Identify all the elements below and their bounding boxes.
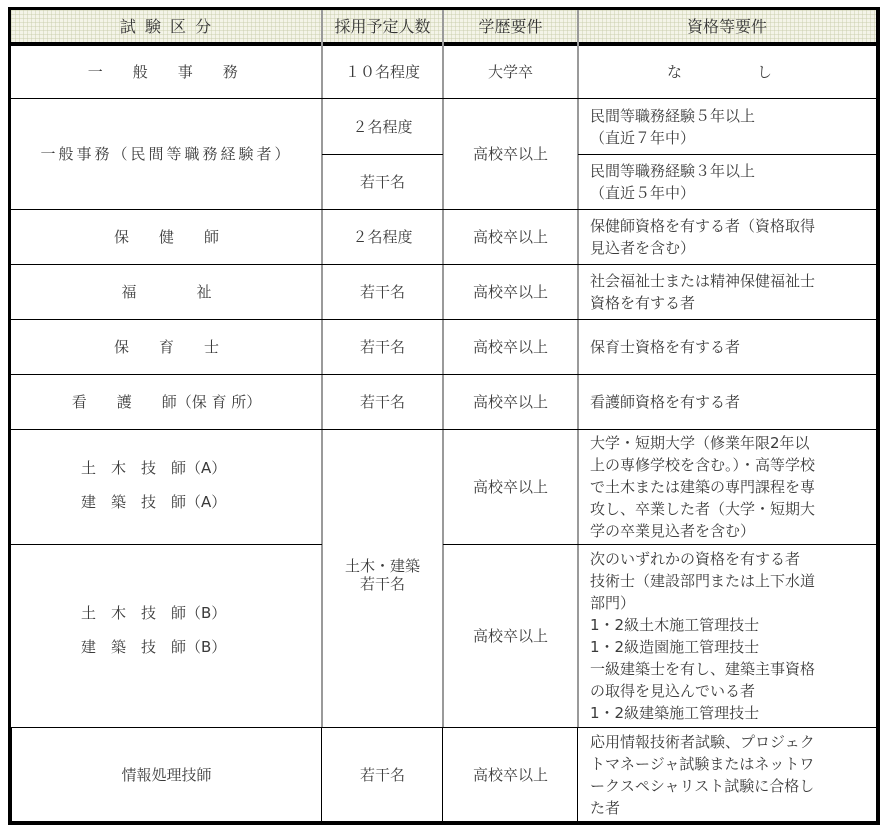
- recruitment-table: 試 験 区 分 採用予定人数 学歴要件 資格等要件 一 般 事 務 １０名程度 …: [0, 0, 885, 826]
- requirement-line: 民間等職務経験５年以上: [590, 105, 755, 127]
- row-nurse-requirements: 看護師資格を有する者: [578, 374, 876, 429]
- row-divider: [11, 429, 877, 430]
- requirement-line: 見込者を含む）: [590, 237, 815, 259]
- row-experienced-education: 高校卒以上: [443, 99, 578, 209]
- category-label: 一 般 事 務: [88, 61, 246, 83]
- row-experienced-count-b: 若干名: [322, 154, 443, 209]
- count-label: 若干名: [360, 171, 405, 193]
- row-welfare-requirements: 社会福祉士または精神保健福祉士資格を有する者: [578, 264, 876, 319]
- row-divider: [578, 154, 876, 155]
- row-nurse-education: 高校卒以上: [443, 374, 578, 429]
- requirement-line: （直近７年中）: [590, 127, 755, 149]
- border-header-bottom: [8, 42, 880, 46]
- row-engineer-count-merged: 土木・建築若干名: [322, 429, 443, 727]
- requirement-line: 部門）: [590, 592, 815, 614]
- count-label: 若干名: [360, 575, 405, 593]
- row-public-health-nurse-education: 高校卒以上: [443, 209, 578, 264]
- header-label: 資格等要件: [687, 16, 767, 38]
- row-welfare-education: 高校卒以上: [443, 264, 578, 319]
- requirement-line: 上の専修学校を含む。）・高等学校: [590, 454, 815, 476]
- education-label: 高校卒以上: [473, 281, 548, 303]
- row-engineer-a-education: 高校卒以上: [443, 429, 578, 544]
- requirement-line: 1・2級建築施工管理技士: [590, 702, 815, 724]
- requirement-line: ークスペシャリスト試験に合格し: [590, 775, 815, 797]
- col-divider-3: [577, 10, 579, 727]
- requirement-line: 攻し、卒業した者（大学・短期大: [590, 498, 815, 520]
- category-label: 情報処理技師: [121, 764, 211, 786]
- education-label: 高校卒以上: [473, 625, 548, 647]
- education-label: 大学卒: [488, 61, 533, 83]
- category-label: 保 育 士: [114, 336, 219, 358]
- row-engineer-a-category: 土 木 技 師（A）建 築 技 師（A）: [11, 429, 322, 544]
- row-public-health-nurse-requirements: 保健師資格を有する者（資格取得見込者を含む）: [578, 209, 876, 264]
- border-right: [876, 7, 880, 825]
- header-label: 試 験 区 分: [120, 16, 213, 38]
- requirement-line: 次のいずれかの資格を有する者: [590, 548, 815, 570]
- row-experienced-category: 一般事務（民間等職務経験者）: [11, 99, 322, 209]
- count-label: 若干名: [360, 391, 405, 413]
- col-divider-2: [442, 10, 444, 727]
- row-public-health-nurse-category: 保 健 師: [11, 209, 322, 264]
- requirement-line: 保育士資格を有する者: [590, 336, 740, 358]
- header-planned-hires: 採用予定人数: [322, 10, 443, 44]
- row-general-affairs-count: １０名程度: [322, 44, 443, 99]
- requirement-line: た者: [590, 797, 815, 819]
- requirement-line: 看護師資格を有する者: [590, 391, 740, 413]
- category-label: 福 祉: [121, 281, 211, 303]
- requirement-line: 応用情報技術者試験、プロジェク: [590, 731, 815, 753]
- row-childcare-worker-education: 高校卒以上: [443, 319, 578, 374]
- row-experienced-requirements-b: 民間等職務経験３年以上（直近５年中）: [578, 154, 876, 209]
- category-label: 保 健 師: [114, 226, 219, 248]
- row-it-engineer-count: 若干名: [322, 727, 443, 822]
- col-divider-2-last: [442, 727, 443, 822]
- category-label: 建 築 技 師（B）: [81, 630, 226, 664]
- row-divider: [11, 544, 322, 545]
- row-general-affairs-education: 大学卒: [443, 44, 578, 99]
- header-label: 学歴要件: [478, 16, 542, 38]
- count-label: 土木・建築: [345, 557, 420, 575]
- col-divider-3-last: [577, 727, 578, 822]
- row-welfare-count: 若干名: [322, 264, 443, 319]
- header-label: 採用予定人数: [334, 16, 430, 38]
- education-label: 高校卒以上: [473, 764, 548, 786]
- row-childcare-worker-requirements: 保育士資格を有する者: [578, 319, 876, 374]
- row-divider: [11, 727, 877, 728]
- row-divider: [11, 264, 877, 265]
- row-engineer-a-requirements: 大学・短期大学（修業年限2年以 上の専修学校を含む。）・高等学校 で土木または建…: [578, 429, 876, 544]
- row-engineer-b-requirements: 次のいずれかの資格を有する者 技術士（建設部門または上下水道 部門） 1・2級土…: [578, 544, 876, 727]
- row-it-engineer-requirements: 応用情報技術者試験、プロジェク トマネージャ試験またはネットワ ークスペシャリス…: [578, 727, 876, 822]
- count-label: １０名程度: [345, 61, 420, 83]
- count-label: ２名程度: [352, 226, 412, 248]
- border-left: [8, 7, 11, 825]
- row-general-affairs-category: 一 般 事 務: [11, 44, 322, 99]
- count-label: ２名程度: [352, 116, 412, 138]
- row-divider: [11, 374, 877, 375]
- requirement-line: 社会福祉士または精神保健福祉士: [590, 270, 815, 292]
- education-label: 高校卒以上: [473, 226, 548, 248]
- requirement-line: な し: [667, 61, 787, 83]
- requirement-line: 1・2級造園施工管理技士: [590, 636, 815, 658]
- row-experienced-requirements-a: 民間等職務経験５年以上（直近７年中）: [578, 99, 876, 154]
- count-label: 若干名: [360, 281, 405, 303]
- requirement-line: 資格を有する者: [590, 292, 815, 314]
- header-exam-category: 試 験 区 分: [11, 10, 322, 44]
- education-label: 高校卒以上: [473, 476, 548, 498]
- row-welfare-category: 福 祉: [11, 264, 322, 319]
- requirement-line: （直近５年中）: [590, 182, 755, 204]
- row-divider: [11, 319, 877, 320]
- row-divider: [11, 209, 877, 210]
- col-divider-1: [321, 10, 323, 727]
- row-divider: [11, 98, 877, 99]
- category-label: 土 木 技 師（B）: [81, 596, 226, 630]
- col-divider-1-last: [321, 727, 322, 822]
- requirement-line: 技術士（建設部門または上下水道: [590, 570, 815, 592]
- category-label: 土 木 技 師（A）: [81, 451, 226, 485]
- header-education: 学歴要件: [443, 10, 578, 44]
- row-it-engineer-education: 高校卒以上: [443, 727, 578, 822]
- row-nurse-count: 若干名: [322, 374, 443, 429]
- requirement-line: 大学・短期大学（修業年限2年以: [590, 432, 815, 454]
- requirement-line: トマネージャ試験またはネットワ: [590, 753, 815, 775]
- education-label: 高校卒以上: [473, 143, 548, 165]
- requirement-line: 民間等職務経験３年以上: [590, 160, 755, 182]
- row-engineer-b-education: 高校卒以上: [443, 544, 578, 727]
- category-label: 看 護 師（保 育 所）: [72, 391, 262, 413]
- row-public-health-nurse-count: ２名程度: [322, 209, 443, 264]
- border-bottom: [8, 821, 880, 825]
- row-general-affairs-requirements: な し: [578, 44, 876, 99]
- border-left-last: [8, 727, 12, 825]
- requirement-line: 1・2級土木施工管理技士: [590, 614, 815, 636]
- row-nurse-category: 看 護 師（保 育 所）: [11, 374, 322, 429]
- count-label: 若干名: [360, 764, 405, 786]
- border-top: [8, 7, 880, 10]
- row-divider: [443, 544, 876, 545]
- requirement-line: の取得を見込んでいる者: [590, 680, 815, 702]
- row-childcare-worker-count: 若干名: [322, 319, 443, 374]
- count-label: 若干名: [360, 336, 405, 358]
- row-experienced-count-a: ２名程度: [322, 99, 443, 154]
- row-childcare-worker-category: 保 育 士: [11, 319, 322, 374]
- requirement-line: 保健師資格を有する者（資格取得: [590, 215, 815, 237]
- requirement-line: 一級建築士を有し、建築主事資格: [590, 658, 815, 680]
- row-engineer-b-category: 土 木 技 師（B）建 築 技 師（B）: [11, 544, 322, 727]
- category-label: 一般事務（民間等職務経験者）: [40, 143, 292, 165]
- education-label: 高校卒以上: [473, 391, 548, 413]
- row-it-engineer-category: 情報処理技師: [11, 727, 322, 822]
- row-divider: [322, 154, 443, 155]
- requirement-line: 学の卒業見込者を含む）: [590, 520, 815, 542]
- category-label: 建 築 技 師（A）: [81, 485, 226, 519]
- requirement-line: で土木または建築の専門課程を専: [590, 476, 815, 498]
- education-label: 高校卒以上: [473, 336, 548, 358]
- header-qualifications: 資格等要件: [578, 10, 876, 44]
